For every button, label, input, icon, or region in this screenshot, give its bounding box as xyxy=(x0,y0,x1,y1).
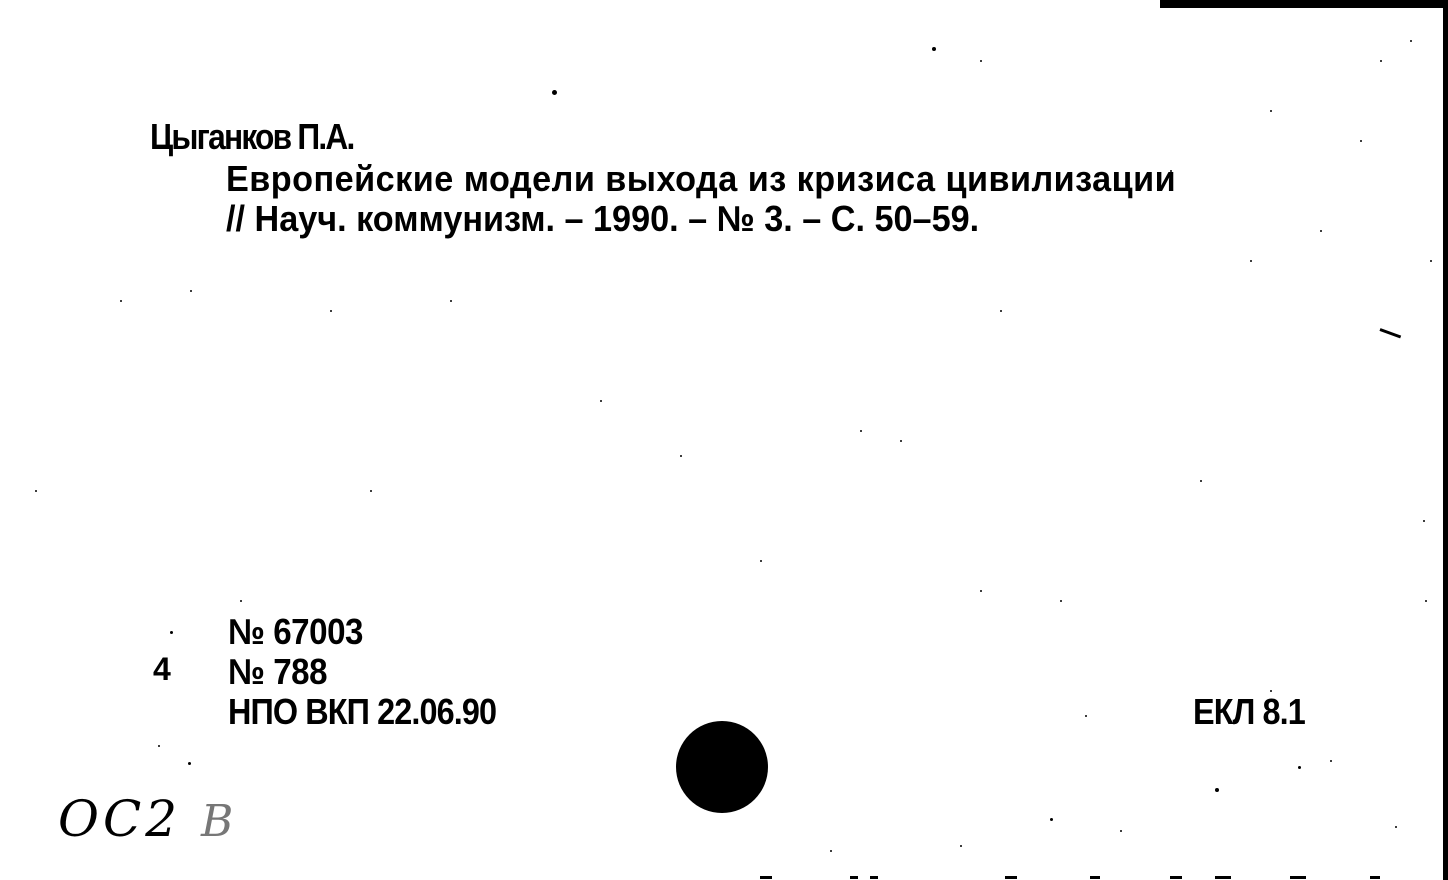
card-right-edge-shadow xyxy=(1443,0,1448,880)
accession-number: № 67003 xyxy=(228,611,363,653)
scan-speck xyxy=(1050,818,1053,821)
processing-stamp: НПО ВКП 22.06.90 xyxy=(228,691,496,733)
card-bottom-edge-mark xyxy=(1370,876,1380,879)
scan-speck xyxy=(600,400,602,402)
scan-speck xyxy=(1330,760,1332,762)
scan-speck xyxy=(1215,788,1219,792)
scan-speck xyxy=(1430,260,1432,262)
scan-speck xyxy=(158,745,160,747)
scan-stroke xyxy=(1379,328,1401,338)
scan-speck xyxy=(932,47,936,51)
scan-speck xyxy=(1120,830,1122,832)
scan-speck xyxy=(1060,600,1062,602)
copies-count: 4 xyxy=(153,651,170,688)
scan-speck xyxy=(1250,260,1252,262)
scan-speck xyxy=(1395,826,1397,828)
scan-speck xyxy=(450,300,452,302)
scan-speck xyxy=(960,845,962,847)
card-bottom-edge-mark xyxy=(850,876,858,879)
handwritten-mark-faint: В xyxy=(201,796,237,847)
scan-speck xyxy=(35,490,37,492)
scan-speck xyxy=(330,310,332,312)
scan-speck xyxy=(1423,520,1425,522)
classification-code: ЕКЛ 8.1 xyxy=(1193,691,1305,733)
scan-speck xyxy=(900,440,902,442)
scan-speck xyxy=(980,590,982,592)
scan-speck xyxy=(1170,170,1172,172)
scan-speck xyxy=(190,290,192,292)
scan-speck xyxy=(760,560,762,562)
scan-speck xyxy=(552,90,557,95)
scan-speck xyxy=(1360,140,1362,142)
scan-speck xyxy=(1000,310,1002,312)
punch-hole xyxy=(676,721,768,813)
scan-speck xyxy=(240,600,242,602)
scan-speck xyxy=(1085,715,1087,717)
scan-speck xyxy=(980,60,982,62)
scan-speck xyxy=(1380,60,1382,62)
scan-speck xyxy=(680,455,682,457)
scan-speck xyxy=(1298,766,1301,769)
scan-speck xyxy=(170,631,173,634)
card-bottom-edge-mark xyxy=(870,876,878,879)
scan-speck xyxy=(1425,600,1427,602)
card-bottom-edge-mark xyxy=(1215,876,1231,879)
card-bottom-edge-mark xyxy=(1290,876,1306,879)
scan-speck xyxy=(1200,480,1202,482)
scan-speck xyxy=(1410,40,1412,42)
handwritten-mark-main: ОС2 xyxy=(58,790,181,848)
scan-speck xyxy=(860,430,862,432)
source-citation: // Науч. коммунизм. – 1990. – № 3. – С. … xyxy=(226,198,979,240)
scan-speck xyxy=(1320,230,1322,232)
scan-speck xyxy=(1270,690,1272,692)
card-bottom-edge-mark xyxy=(1005,876,1017,879)
card-bottom-edge-mark xyxy=(760,876,772,879)
card-bottom-edge-mark xyxy=(1090,876,1100,879)
catalog-card: Цыганков П.А. Европейские модели выхода … xyxy=(0,0,1448,880)
scan-speck xyxy=(1270,110,1272,112)
handwritten-mark: ОС2 В xyxy=(58,790,237,848)
article-title: Европейские модели выхода из кризиса цив… xyxy=(226,158,1176,200)
record-number: № 788 xyxy=(228,651,327,693)
card-top-edge-shadow xyxy=(1160,0,1448,8)
card-bottom-edge-mark xyxy=(1170,876,1182,879)
scan-speck xyxy=(370,490,372,492)
scan-speck xyxy=(188,762,191,765)
scan-speck xyxy=(830,850,832,852)
author-name: Цыганков П.А. xyxy=(150,116,354,158)
scan-speck xyxy=(120,300,122,302)
